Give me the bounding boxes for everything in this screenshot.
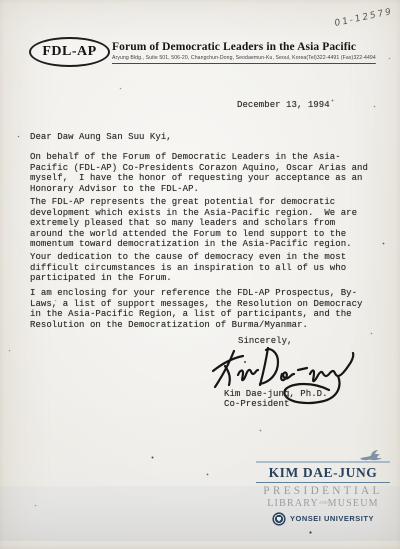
letter-paragraph-1: On behalf of the Forum of Democratic Lea… (30, 152, 368, 194)
stamp-library-museum: LIBRARYANDMUSEUM (256, 498, 390, 509)
stamp-divider-rule (256, 482, 390, 483)
stamp-kim-dae-jung: KIM DAE-JUNG (256, 465, 390, 481)
scan-speckles (0, 0, 1, 1)
letter-paragraph-4: I am enclosing for your reference the FD… (30, 288, 363, 330)
fdlap-logo-text: FDL-AP (42, 44, 96, 60)
signer-title: Co-President (224, 399, 289, 410)
letter-salutation: Dear Daw Aung San Suu Kyi, (30, 132, 172, 143)
dove-icon (358, 449, 384, 462)
letter-paragraph-2: The FDL-AP represents the great potentia… (30, 197, 357, 250)
organization-name: Forum of Democratic Leaders in the Asia … (112, 39, 356, 54)
letter-paragraph-3: Your dedication to the cause of democrac… (30, 252, 346, 284)
fdlap-oval-logo: FDL-AP (29, 37, 110, 67)
organization-address: Aryung Bldg., Suite 501, 506-20, Changch… (112, 55, 376, 64)
yonsei-emblem-icon (272, 512, 286, 526)
stamp-and-word: AND (319, 500, 328, 505)
scanned-letter-page: FDL-AP Forum of Democratic Leaders in th… (0, 0, 400, 549)
signer-name: Kim Dae-jung, Ph.D. (224, 389, 328, 400)
handwritten-archive-number: 01-12579 (334, 7, 393, 29)
stamp-library-word: LIBRARY (267, 498, 319, 509)
stamp-museum-word: MUSEUM (328, 498, 379, 509)
presidential-library-stamp: KIM DAE-JUNG PRESIDENTIAL LIBRARYANDMUSE… (256, 450, 390, 526)
stamp-presidential: PRESIDENTIAL (257, 485, 388, 497)
yonsei-row: YONSEI UNIVERSITY (256, 512, 390, 526)
letter-date: December 13, 1994 (237, 100, 330, 111)
yonsei-university-label: YONSEI UNIVERSITY (290, 514, 374, 523)
